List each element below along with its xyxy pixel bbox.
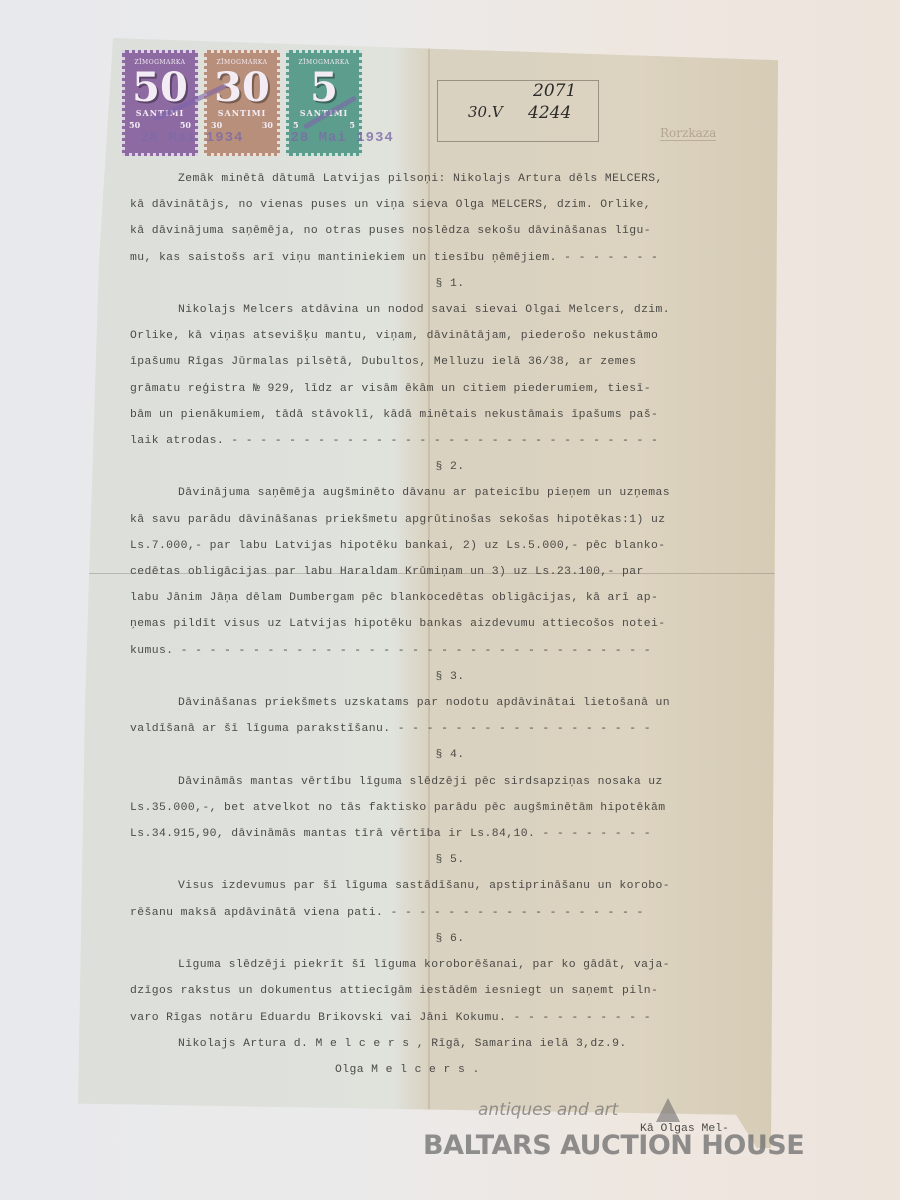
- stamp-value: 5: [310, 68, 338, 108]
- signature-line: Nikolajs Artura d. M e l c e r s , Rīgā,…: [130, 1031, 770, 1057]
- stamp-corners: 5050: [129, 120, 191, 130]
- stamp-value: 50: [132, 68, 188, 108]
- registration-number-2: 4244: [528, 103, 571, 123]
- section-line: cedētas obligācijas par labu Haraldam Kr…: [130, 559, 770, 585]
- faded-stamp: Rorzkaza: [660, 126, 716, 141]
- section-line: Dāvināmās mantas vērtību līguma slēdzēji…: [130, 769, 770, 795]
- section-line: Orlike, kā viņas atsevišķu mantu, viņam,…: [130, 323, 770, 349]
- contract-text: Zemāk minētā dātumā Latvijas pilsoņi: Ni…: [130, 166, 770, 1083]
- section-line: Nikolajs Melcers atdāvina un nodod savai…: [130, 297, 770, 323]
- section-line: grāmatu reģistra № 929, līdz ar visām ēk…: [130, 376, 770, 402]
- section-line: Dāvinājuma saņēmēja augšminēto dāvanu ar…: [130, 480, 770, 506]
- cancellation-date-stamp: 28 Mai 1934 28 Mai 1934: [140, 130, 394, 146]
- section-line: rēšanu maksā apdāvinātā viena pati. - - …: [130, 900, 770, 926]
- section-line: kumus. - - - - - - - - - - - - - - - - -…: [130, 638, 770, 664]
- section-line: Ls.35.000,-, bet atvelkot no tās faktisk…: [130, 795, 770, 821]
- stamp-corners: 3030: [211, 120, 273, 130]
- section-heading: § 1.: [130, 271, 770, 297]
- section-heading: § 3.: [130, 664, 770, 690]
- section-heading: § 6.: [130, 926, 770, 952]
- registration-number: 2071: [533, 81, 576, 101]
- section-heading: § 4.: [130, 742, 770, 768]
- intro-line: mu, kas saistošs arī viņu mantiniekiem u…: [130, 245, 770, 271]
- section-line: Visus izdevumus par šī līguma sastādīšan…: [130, 873, 770, 899]
- section-line: īpašumu Rīgas Jūrmalas pilsētā, Dubultos…: [130, 349, 770, 375]
- section-line: Ls.34.915,90, dāvināmās mantas tīrā vērt…: [130, 821, 770, 847]
- registration-stamp: 2071 30.V 4244: [437, 80, 599, 142]
- section-line: kā savu parādu dāvināšanas priekšmetu ap…: [130, 507, 770, 533]
- section-line: Ls.7.000,- par labu Latvijas hipotēku ba…: [130, 533, 770, 559]
- section-line: laik atrodas. - - - - - - - - - - - - - …: [130, 428, 770, 454]
- crown-icon: [656, 1098, 680, 1122]
- watermark-name: BALTARS AUCTION HOUSE: [423, 1130, 804, 1161]
- section-line: varo Rīgas notāru Eduardu Brikovski vai …: [130, 1005, 770, 1031]
- signature-line: Olga M e l c e r s .: [130, 1057, 770, 1083]
- section-heading: § 2.: [130, 454, 770, 480]
- section-line: labu Jānim Jāņa dēlam Dumbergam pēc blan…: [130, 585, 770, 611]
- stamp-corners: 55: [293, 120, 355, 130]
- intro-line: Zemāk minētā dātumā Latvijas pilsoņi: Ni…: [130, 166, 770, 192]
- intro-line: kā dāvinājuma saņēmēja, no otras puses n…: [130, 218, 770, 244]
- section-line: ņemas pildīt visus uz Latvijas hipotēku …: [130, 611, 770, 637]
- section-heading: § 5.: [130, 847, 770, 873]
- section-line: bām un pienākumiem, tādā stāvoklī, kādā …: [130, 402, 770, 428]
- section-line: Dāvināšanas priekšmets uzskatams par nod…: [130, 690, 770, 716]
- stamp-unit: SANTIMI: [218, 108, 267, 118]
- section-line: valdīšanā ar šī līguma parakstīšanu. - -…: [130, 716, 770, 742]
- registration-date: 30.V: [468, 103, 503, 121]
- watermark-tagline: antiques and art: [478, 1100, 618, 1120]
- intro-line: kā dāvinātājs, no vienas puses un viņa s…: [130, 192, 770, 218]
- section-line: dzīgos rakstus un dokumentus attiecīgām …: [130, 978, 770, 1004]
- section-line: Līguma slēdzēji piekrīt šī līguma korobo…: [130, 952, 770, 978]
